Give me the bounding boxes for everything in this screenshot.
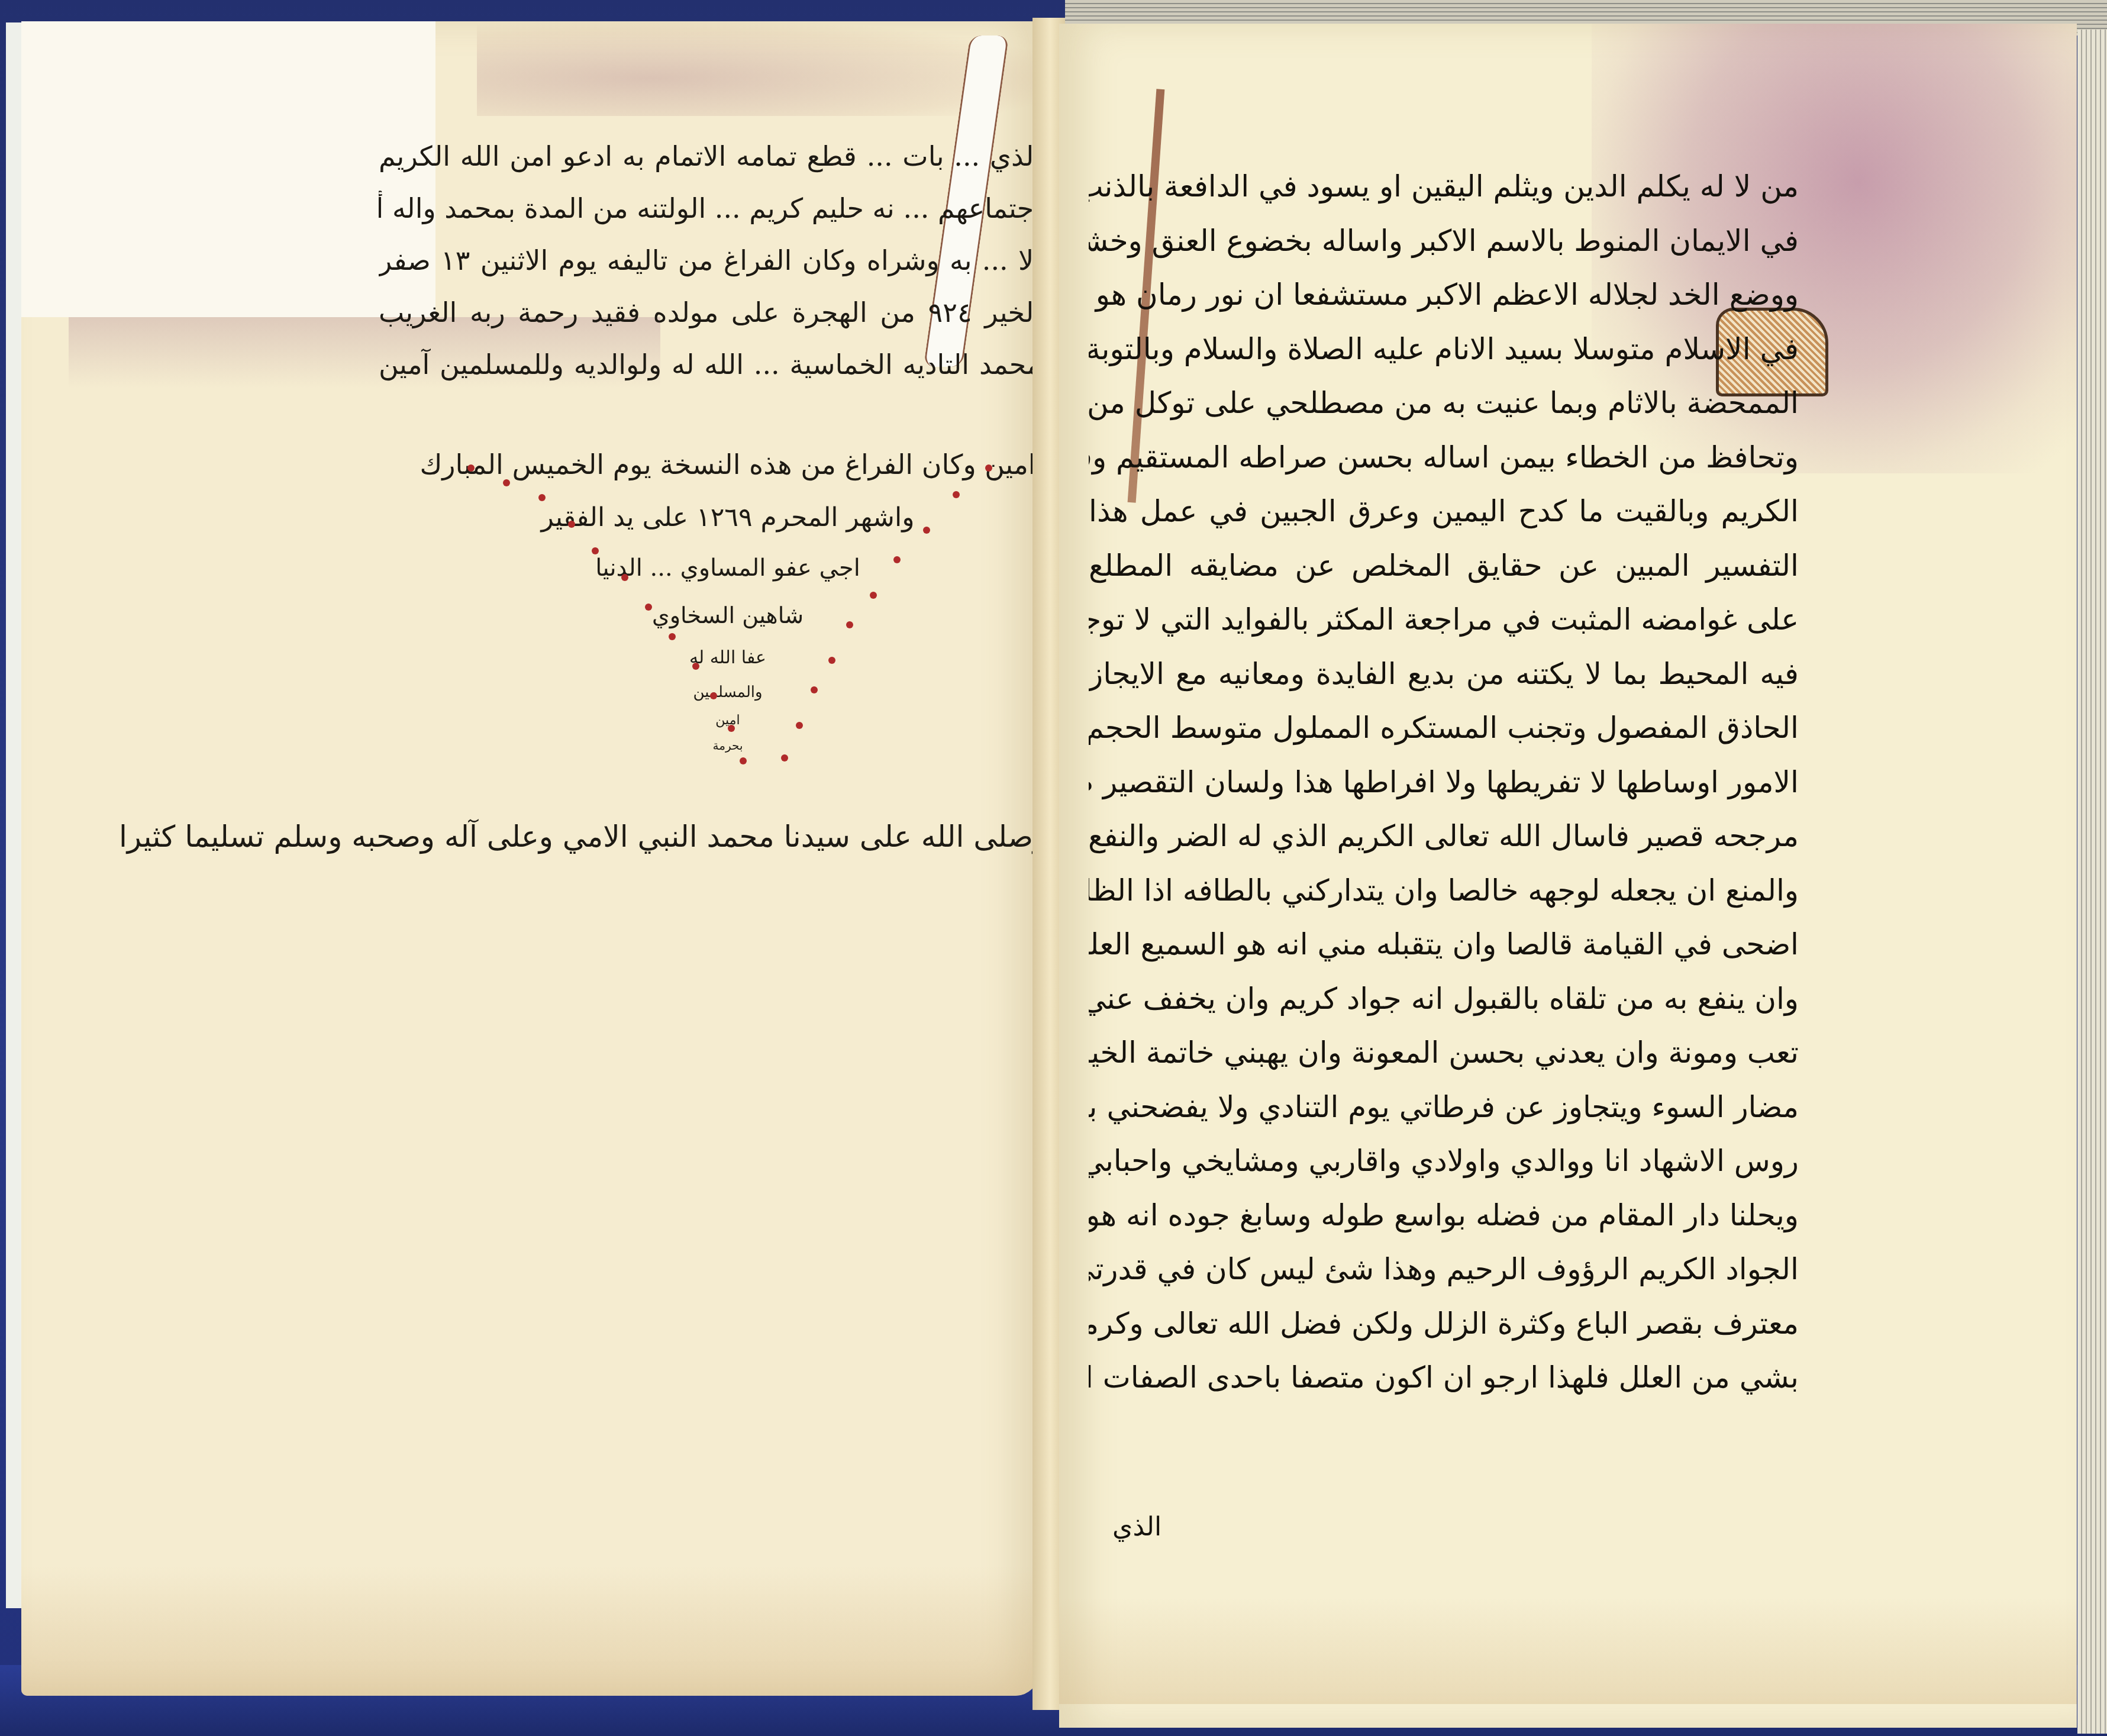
rubric-dot — [796, 722, 803, 729]
rubric-dot — [692, 663, 699, 670]
right-page-water-damage — [1059, 1598, 2077, 1704]
rubric-dot — [985, 464, 992, 472]
main-text-block: من لا له يكلم الدين ويثلم اليقين او يسود… — [1089, 160, 1799, 1405]
colophon-triangle-line: اجي عفو المساوي ... الدنيا — [414, 544, 1041, 592]
text-line: الامور اوساطها لا تفريطها ولا افراطها هذ… — [1089, 756, 1799, 810]
rubric-dot — [645, 604, 652, 611]
text-line: روس الاشهاد انا ووالدي واولادي واقاربي و… — [1089, 1134, 1799, 1189]
text-line: الحاذق المفصول وتجنب المستكره المملول مت… — [1089, 701, 1799, 756]
rubric-dot — [828, 657, 835, 664]
colophon-triangle-line: عفا الله له — [414, 639, 1041, 677]
rubric-dot — [710, 692, 717, 699]
colophon-triangle-line: بحرمة — [414, 734, 1041, 757]
closing-blessing: وصلى الله على سيدنا محمد النبي الامي وعل… — [408, 819, 1047, 854]
text-line: مضار السوء ويتجاوز عن فرطاتي يوم التنادي… — [1089, 1080, 1799, 1135]
rubric-dot — [893, 556, 901, 563]
catchword: الذي — [1112, 1512, 1161, 1542]
rubric-dot — [568, 521, 575, 528]
text-line: مرجحه قصير فاسال الله تعالى الكريم الذي … — [1089, 809, 1799, 864]
text-line: في الاسلام متوسلا بسيد الانام عليه الصلا… — [1089, 322, 1799, 377]
rubric-dot — [621, 574, 628, 581]
rubric-dot — [503, 479, 510, 486]
colophon-triangle-line: شاهين السخاوي — [414, 592, 1041, 639]
rubric-dot — [781, 754, 788, 761]
rubric-dot — [740, 757, 747, 764]
rubric-dot — [870, 592, 877, 599]
text-line: ويحلنا دار المقام من فضله بواسع طوله وسا… — [1089, 1189, 1799, 1243]
colophon-line: محمد التاديه الخماسية ... الله له ولوالد… — [379, 338, 1041, 391]
left-page-missing-corner — [21, 21, 435, 317]
text-line: على غوامضه المثبت في مراجعة المكثر بالفو… — [1089, 593, 1799, 647]
rubric-dot — [728, 725, 735, 732]
text-line: اضحى في القيامة قالصا وان يتقبله مني انه… — [1089, 918, 1799, 972]
colophon-triangle-line: والمسلمين — [414, 677, 1041, 708]
text-line: وتحافظ من الخطاء بيمن اساله بحسن صراطه ا… — [1089, 431, 1799, 485]
text-line: التفسير المبين عن حقايق المخلص عن مضايقه… — [1089, 539, 1799, 593]
text-line: بشي من العلل فلهذا ارجو ان اكون متصفا با… — [1089, 1351, 1799, 1405]
rubric-dot — [846, 621, 853, 628]
rubric-dot — [592, 547, 599, 554]
text-line: معترف بقصر الباع وكثرة الزلل ولكن فضل ال… — [1089, 1297, 1799, 1351]
colophon-line: الذي ... بات ... قطع تمامه الاتمام به اد… — [379, 130, 1041, 182]
rubric-dot — [923, 527, 930, 534]
rubric-dot — [538, 494, 546, 501]
colophon-prose: الذي ... بات ... قطع تمامه الاتمام به اد… — [379, 130, 1041, 391]
text-line: والمنع ان يجعله لوجهه خالصا وان يتداركني… — [1089, 864, 1799, 918]
text-line: الكريم وبالقيت ما كدح اليمين وعرق الجبين… — [1089, 485, 1799, 539]
text-line: وان ينفع به من تلقاه بالقبول انه جواد كر… — [1089, 972, 1799, 1027]
text-line: من لا له يكلم الدين ويثلم اليقين او يسود… — [1089, 160, 1799, 214]
colophon-triangle-line: واشهر المحرم ١٢٦٩ على يد الفقير — [414, 491, 1041, 544]
colophon-line: الا ... به وشراه وكان الفراغ من تاليفه ي… — [379, 234, 1041, 286]
left-page-stain — [477, 21, 1039, 116]
page-block-right-edge — [2077, 30, 2107, 1734]
left-page-water-damage — [21, 1566, 1039, 1696]
rubric-dot — [953, 491, 960, 498]
rubric-dot — [811, 686, 818, 693]
text-line: في الايمان المنوط بالاسم الاكبر واساله ب… — [1089, 214, 1799, 269]
text-line: الجواد الكريم الرؤوف الرحيم وهذا شئ ليس … — [1089, 1243, 1799, 1297]
rubric-dot — [467, 464, 475, 472]
text-line: الممحضة بالاثام وبما عنيت به من مصطلحي ع… — [1089, 376, 1799, 431]
colophon-line: الخير ٩٢٤ من الهجرة على مولده فقيد رحمة … — [379, 286, 1041, 338]
text-line: فيه المحيط بما لا يكتنه من بديع الفايدة … — [1089, 647, 1799, 702]
colophon-line: اجتماعهم ... نه حليم كريم ... الولتنه من… — [379, 182, 1041, 234]
rubric-dot — [669, 633, 676, 640]
text-line: ووضع الخد لجلاله الاعظم الاكبر مستشفعا ا… — [1089, 268, 1799, 322]
text-line: تعب ومونة وان يعدني بحسن المعونة وان يهب… — [1089, 1026, 1799, 1080]
